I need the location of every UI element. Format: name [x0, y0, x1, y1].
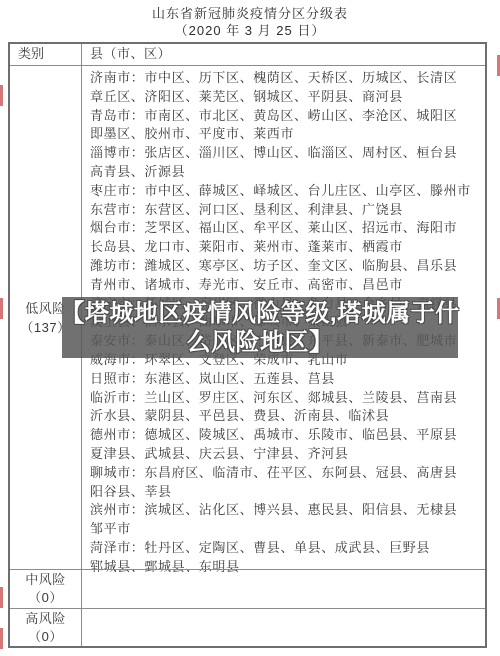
county-line: 沂水县、蒙阴县、平邑县、费县、沂南县、临沭县: [90, 407, 481, 426]
county-line: 邹平市: [90, 520, 481, 539]
county-line: 章丘区、济阳区、莱芜区、钢城区、平阴县、商河县: [90, 88, 481, 107]
county-line: 即墨区、胶州市、平度市、莱西市: [90, 125, 481, 144]
county-line: 东营市：东营区、河口区、垦利区、利津县、广饶县: [90, 201, 481, 220]
county-line: 德州市：德城区、陵城区、禹城市、乐陵市、临邑县、平原县: [90, 426, 481, 445]
risk-level-count: （0）: [28, 628, 63, 646]
county-line: 滨州市：滨城区、沾化区、博兴县、惠民县、阳信县、无棣县: [90, 501, 481, 520]
county-list-cell: [82, 570, 485, 608]
table-header-row: 类别 县（市、区）: [10, 44, 485, 65]
header-cell-county: 县（市、区）: [82, 44, 485, 65]
county-line: 高青县、沂源县: [90, 163, 481, 182]
county-line: 日照市：东港区、岚山区、五莲县、莒县: [90, 370, 481, 389]
county-line: 枣庄市：市中区、薛城区、峄城区、台儿庄区、山亭区、滕州市: [90, 182, 481, 201]
county-line: 长岛县、龙口市、莱阳市、莱州市、蓬莱市、栖霞市: [90, 238, 481, 257]
header-cell-category: 类别: [10, 44, 82, 65]
county-line: 青州市、诸城市、寿光市、安丘市、高密市、昌邑市: [90, 276, 481, 295]
risk-level-name: 中风险: [25, 571, 66, 589]
county-line: 聊城市：东昌府区、临清市、茌平区、东阿县、冠县、高唐县: [90, 464, 481, 483]
table-row: 高风险 （0）: [10, 608, 485, 646]
watermark-text-line-1: 【塔城地区疫情风险等级,塔城属于什: [60, 299, 459, 328]
county-line: 淄博市：张店区、淄川区、博山区、临淄区、周村区、桓台县: [90, 144, 481, 163]
county-list-cell: [82, 609, 485, 646]
title-line-1: 山东省新冠肺炎疫情分区分级表: [0, 5, 500, 22]
risk-level-label: 高风险 （0）: [10, 609, 82, 646]
red-edge-mark: [0, 85, 3, 106]
county-line: 夏津县、武城县、庆云县、宁津县、齐河县: [90, 445, 481, 464]
risk-level-label: 中风险 （0）: [10, 570, 82, 608]
table-row: 中风险 （0）: [10, 569, 485, 608]
risk-level-count: （0）: [28, 589, 63, 607]
county-line: 烟台市：芝罘区、福山区、牟平区、莱山区、招远市、海阳市: [90, 219, 481, 238]
county-line: 潍坊市：潍城区、寒亭区、坊子区、奎文区、临朐县、昌乐县: [90, 257, 481, 276]
county-line: 济南市：市中区、历下区、槐荫区、天桥区、历城区、长清区: [90, 69, 481, 88]
county-line: 阳谷县、莘县: [90, 483, 481, 502]
watermark-text-line-2: 么风险地区】: [187, 328, 334, 357]
red-edge-mark: [0, 298, 3, 319]
county-line: 菏泽市：牡丹区、定陶区、曹县、单县、成武县、巨野县: [90, 539, 481, 558]
title-line-2: （2020 年 3 月 25 日）: [0, 22, 500, 39]
county-line: 临沂市：兰山区、罗庄区、河东区、郯城县、兰陵县、莒南县: [90, 389, 481, 408]
red-edge-mark: [0, 587, 3, 608]
risk-level-name: 高风险: [25, 610, 66, 628]
county-line: 青岛市：市南区、市北区、黄岛区、崂山区、李沧区、城阳区: [90, 107, 481, 126]
watermark-overlay: 【塔城地区疫情风险等级,塔城属于什 么风险地区】: [62, 297, 458, 358]
document-title: 山东省新冠肺炎疫情分区分级表 （2020 年 3 月 25 日）: [0, 5, 500, 39]
red-edge-mark: [0, 628, 3, 649]
